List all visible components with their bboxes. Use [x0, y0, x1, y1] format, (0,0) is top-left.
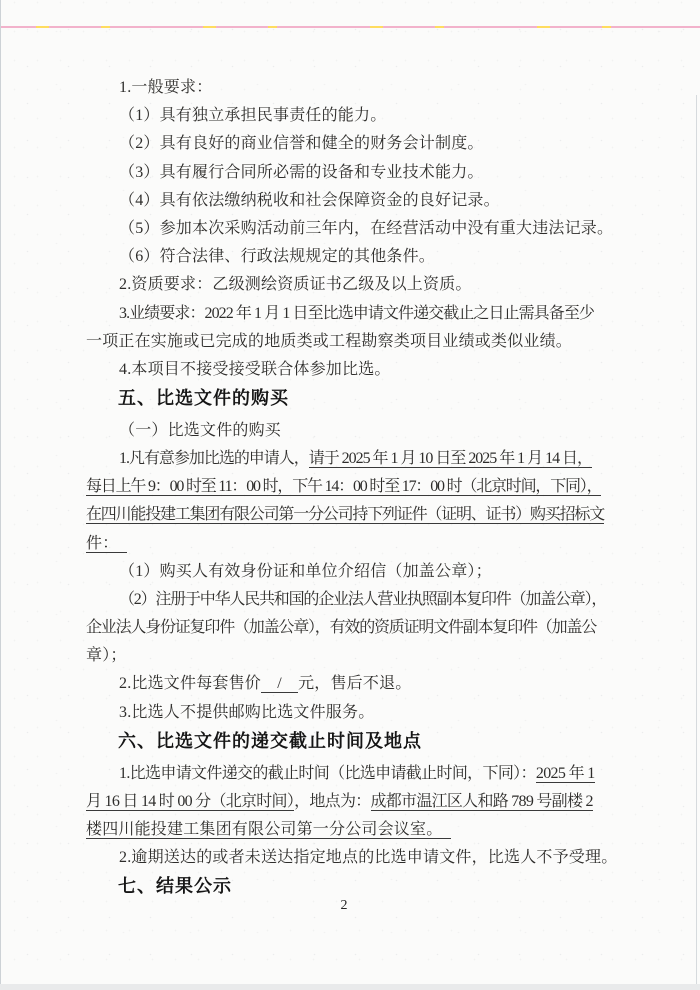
- text-segment: 一项正在实施或已完成的地质类或工程勘察类项目业绩或类似业绩。: [86, 333, 572, 350]
- text-line: （6）符合法律、行政法规规定的其他条件。: [86, 243, 602, 271]
- line-content: 3.业绩要求：2022 年 1 月 1 日至比选申请文件递交截止之日止需具备至少: [119, 305, 594, 322]
- text-line: 4.本项目不接受接受联合体参加比选。: [86, 356, 602, 384]
- text-line: 在四川能投建工集团有限公司第一分公司持下列证件（证明、证书）购买招标文: [86, 501, 602, 529]
- document-body: 1.一般要求：（1）具有独立承担民事责任的能力。（2）具有良好的商业信誉和健全的…: [86, 74, 602, 905]
- text-line: （2）具有良好的商业信誉和健全的财务会计制度。: [86, 130, 602, 158]
- text-segment: （4）具有依法缴纳税收和社会保障资金的良好记录。: [119, 192, 500, 209]
- text-segment: 4.本项目不接受接受联合体参加比选。: [119, 361, 391, 378]
- line-content: 3.比选人不提供邮购比选文件服务。: [119, 704, 374, 721]
- text-segment: （5）参加本次采购活动前三年内，在经营活动中没有重大违法记录。: [119, 220, 613, 237]
- line-content: 2.比选文件每套售价 / 元，售后不退。: [119, 675, 411, 693]
- line-content: 企业法人身份证复印件（加盖公章），有效的资质证明文件副本复印件（加盖公: [86, 619, 596, 636]
- line-content: （1）具有独立承担民事责任的能力。: [119, 107, 386, 124]
- line-content: 1.比选申请文件递交的截止时间（比选申请截止时间，下同）：2025 年 1: [119, 765, 595, 783]
- text-line: （3）具有履行合同所必需的设备和专业技术能力。: [86, 159, 602, 187]
- underlined-text: 每日上午 9：00 时至 11：00 时，下午 14：00 时至 17：00 时…: [86, 478, 601, 496]
- text-segment: 章）；: [86, 647, 127, 664]
- scan-color-line-artifact: [0, 26, 700, 28]
- text-line: （4）具有依法缴纳税收和社会保障资金的良好记录。: [86, 187, 602, 215]
- line-content: 每日上午 9：00 时至 11：00 时，下午 14：00 时至 17：00 时…: [86, 478, 601, 496]
- text-line: 1.凡有意参加比选的申请人，请于 2025 年 1 月 10 日至 2025 年…: [86, 445, 602, 473]
- line-content: 4.本项目不接受接受联合体参加比选。: [119, 361, 391, 378]
- text-line: （5）参加本次采购活动前三年内，在经营活动中没有重大违法记录。: [86, 215, 602, 243]
- scanned-document-page: 1.一般要求：（1）具有独立承担民事责任的能力。（2）具有良好的商业信誉和健全的…: [0, 0, 700, 990]
- text-segment: （3）具有履行合同所必需的设备和专业技术能力。: [119, 164, 484, 181]
- line-content: 楼四川能投建工集团有限公司第一分公司会议室。: [86, 821, 451, 839]
- text-line: 章）；: [86, 642, 602, 670]
- text-line: 月 16 日 14 时 00 分（北京时间），地点为：成都市温江区人和路 789…: [86, 788, 602, 816]
- text-segment: 元，售后不退。: [298, 675, 411, 692]
- line-content: 章）；: [86, 647, 127, 664]
- text-segment: 3.业绩要求：2022 年 1 月 1 日至比选申请文件递交截止之日止需具备至少: [119, 305, 594, 322]
- line-content: 件：: [86, 535, 127, 553]
- line-content: （2）注册于中华人民共和国的企业法人营业执照副本复印件（加盖公章），: [119, 591, 606, 608]
- text-line: 1.一般要求：: [86, 74, 602, 102]
- text-segment: （1）购买人有效身份证和单位介绍信（加盖公章）；: [119, 563, 492, 580]
- underlined-text: 2025 年 1: [536, 765, 595, 783]
- text-line: （1）具有独立承担民事责任的能力。: [86, 102, 602, 130]
- text-line: （1）购买人有效身份证和单位介绍信（加盖公章）；: [86, 558, 602, 586]
- text-line: 2.资质要求：乙级测绘资质证书乙级及以上资质。: [86, 271, 602, 299]
- page-number: 2: [86, 897, 602, 915]
- underlined-text: 在四川能投建工集团有限公司第一分公司持下列证件（证明、证书）购买招标文: [86, 506, 604, 524]
- line-content: （4）具有依法缴纳税收和社会保障资金的良好记录。: [119, 192, 500, 209]
- line-content: 一项正在实施或已完成的地质类或工程勘察类项目业绩或类似业绩。: [86, 333, 572, 350]
- text-line: 一项正在实施或已完成的地质类或工程勘察类项目业绩或类似业绩。: [86, 328, 602, 356]
- underlined-text: 楼四川能投建工集团有限公司第一分公司会议室。: [86, 821, 434, 839]
- text-line: （一）比选文件的购买: [86, 417, 602, 445]
- text-line: 3.比选人不提供邮购比选文件服务。: [86, 699, 602, 727]
- text-segment: 七、结果公示: [118, 876, 232, 896]
- text-segment: 1.比选申请文件递交的截止时间（比选申请截止时间，下同）：: [119, 765, 536, 782]
- line-content: 1.一般要求：: [119, 79, 212, 96]
- page-right-edge: [696, 95, 697, 990]
- line-content: （2）具有良好的商业信誉和健全的财务会计制度。: [119, 135, 484, 152]
- line-content: （1）购买人有效身份证和单位介绍信（加盖公章）；: [119, 563, 492, 580]
- text-segment: 1.一般要求：: [119, 79, 212, 96]
- text-segment: （2）具有良好的商业信誉和健全的财务会计制度。: [119, 135, 484, 152]
- text-segment: 企业法人身份证复印件（加盖公章），有效的资质证明文件副本复印件（加盖公: [86, 619, 596, 636]
- underlined-text: 成都市温江区人和路 789 号副楼 2: [371, 793, 593, 811]
- line-content: 2.逾期送达的或者未送达指定地点的比选申请文件，比选人不予受理。: [119, 849, 617, 866]
- underlined-text: [434, 821, 450, 839]
- text-line: 2.逾期送达的或者未送达指定地点的比选申请文件，比选人不予受理。: [86, 844, 602, 872]
- text-line: 楼四川能投建工集团有限公司第一分公司会议室。: [86, 816, 602, 844]
- page-bottom-shadow: [0, 984, 700, 990]
- text-line: （2）注册于中华人民共和国的企业法人营业执照副本复印件（加盖公章），: [86, 586, 602, 614]
- text-segment: 2.逾期送达的或者未送达指定地点的比选申请文件，比选人不予受理。: [119, 849, 617, 866]
- underlined-text: /: [261, 675, 298, 693]
- line-content: 七、结果公示: [118, 876, 232, 896]
- text-line: 3.业绩要求：2022 年 1 月 1 日至比选申请文件递交截止之日止需具备至少: [86, 300, 602, 328]
- heading-section-5: 五、比选文件的购买: [86, 384, 602, 412]
- text-segment: （2）注册于中华人民共和国的企业法人营业执照副本复印件（加盖公章），: [119, 591, 606, 608]
- line-content: 月 16 日 14 时 00 分（北京时间），地点为：成都市温江区人和路 789…: [86, 793, 593, 811]
- text-segment: （一）比选文件的购买: [119, 422, 281, 439]
- text-segment: （6）符合法律、行政法规规定的其他条件。: [119, 248, 435, 265]
- heading-section-6: 六、比选文件的递交截止时间及地点: [86, 727, 602, 755]
- line-content: （3）具有履行合同所必需的设备和专业技术能力。: [119, 164, 484, 181]
- line-content: （一）比选文件的购买: [119, 422, 281, 439]
- text-line: 每日上午 9：00 时至 11：00 时，下午 14：00 时至 17：00 时…: [86, 473, 602, 501]
- line-content: 在四川能投建工集团有限公司第一分公司持下列证件（证明、证书）购买招标文: [86, 506, 604, 524]
- text-line: 件：: [86, 530, 602, 558]
- text-segment: 五、比选文件的购买: [118, 388, 289, 408]
- underlined-text: 月 16 日 14 时 00 分（北京时间）: [86, 793, 294, 811]
- underlined-text: 件：: [86, 535, 127, 553]
- line-content: （5）参加本次采购活动前三年内，在经营活动中没有重大违法记录。: [119, 220, 613, 237]
- line-content: 五、比选文件的购买: [118, 388, 289, 408]
- page-left-edge: [0, 0, 1, 990]
- line-content: 2.资质要求：乙级测绘资质证书乙级及以上资质。: [119, 276, 472, 293]
- text-segment: 3.比选人不提供邮购比选文件服务。: [119, 704, 374, 721]
- text-segment: 2.比选文件每套售价: [119, 675, 261, 692]
- text-line: 1.比选申请文件递交的截止时间（比选申请截止时间，下同）：2025 年 1: [86, 760, 602, 788]
- line-content: 六、比选文件的递交截止时间及地点: [118, 731, 422, 751]
- line-content: 1.凡有意参加比选的申请人，请于 2025 年 1 月 10 日至 2025 年…: [119, 450, 592, 468]
- text-segment: 六、比选文件的递交截止时间及地点: [118, 731, 422, 751]
- text-segment: 1.凡有意参加比选的申请人，: [119, 450, 309, 467]
- underlined-text: 请于 2025 年 1 月 10 日至 2025 年 1 月 14 日，: [309, 450, 592, 468]
- line-content: （6）符合法律、行政法规规定的其他条件。: [119, 248, 435, 265]
- text-segment: （1）具有独立承担民事责任的能力。: [119, 107, 386, 124]
- text-line: 2.比选文件每套售价 / 元，售后不退。: [86, 670, 602, 698]
- text-segment: 2.资质要求：乙级测绘资质证书乙级及以上资质。: [119, 276, 472, 293]
- text-line: 企业法人身份证复印件（加盖公章），有效的资质证明文件副本复印件（加盖公: [86, 614, 602, 642]
- text-segment: ，地点为：: [294, 793, 370, 810]
